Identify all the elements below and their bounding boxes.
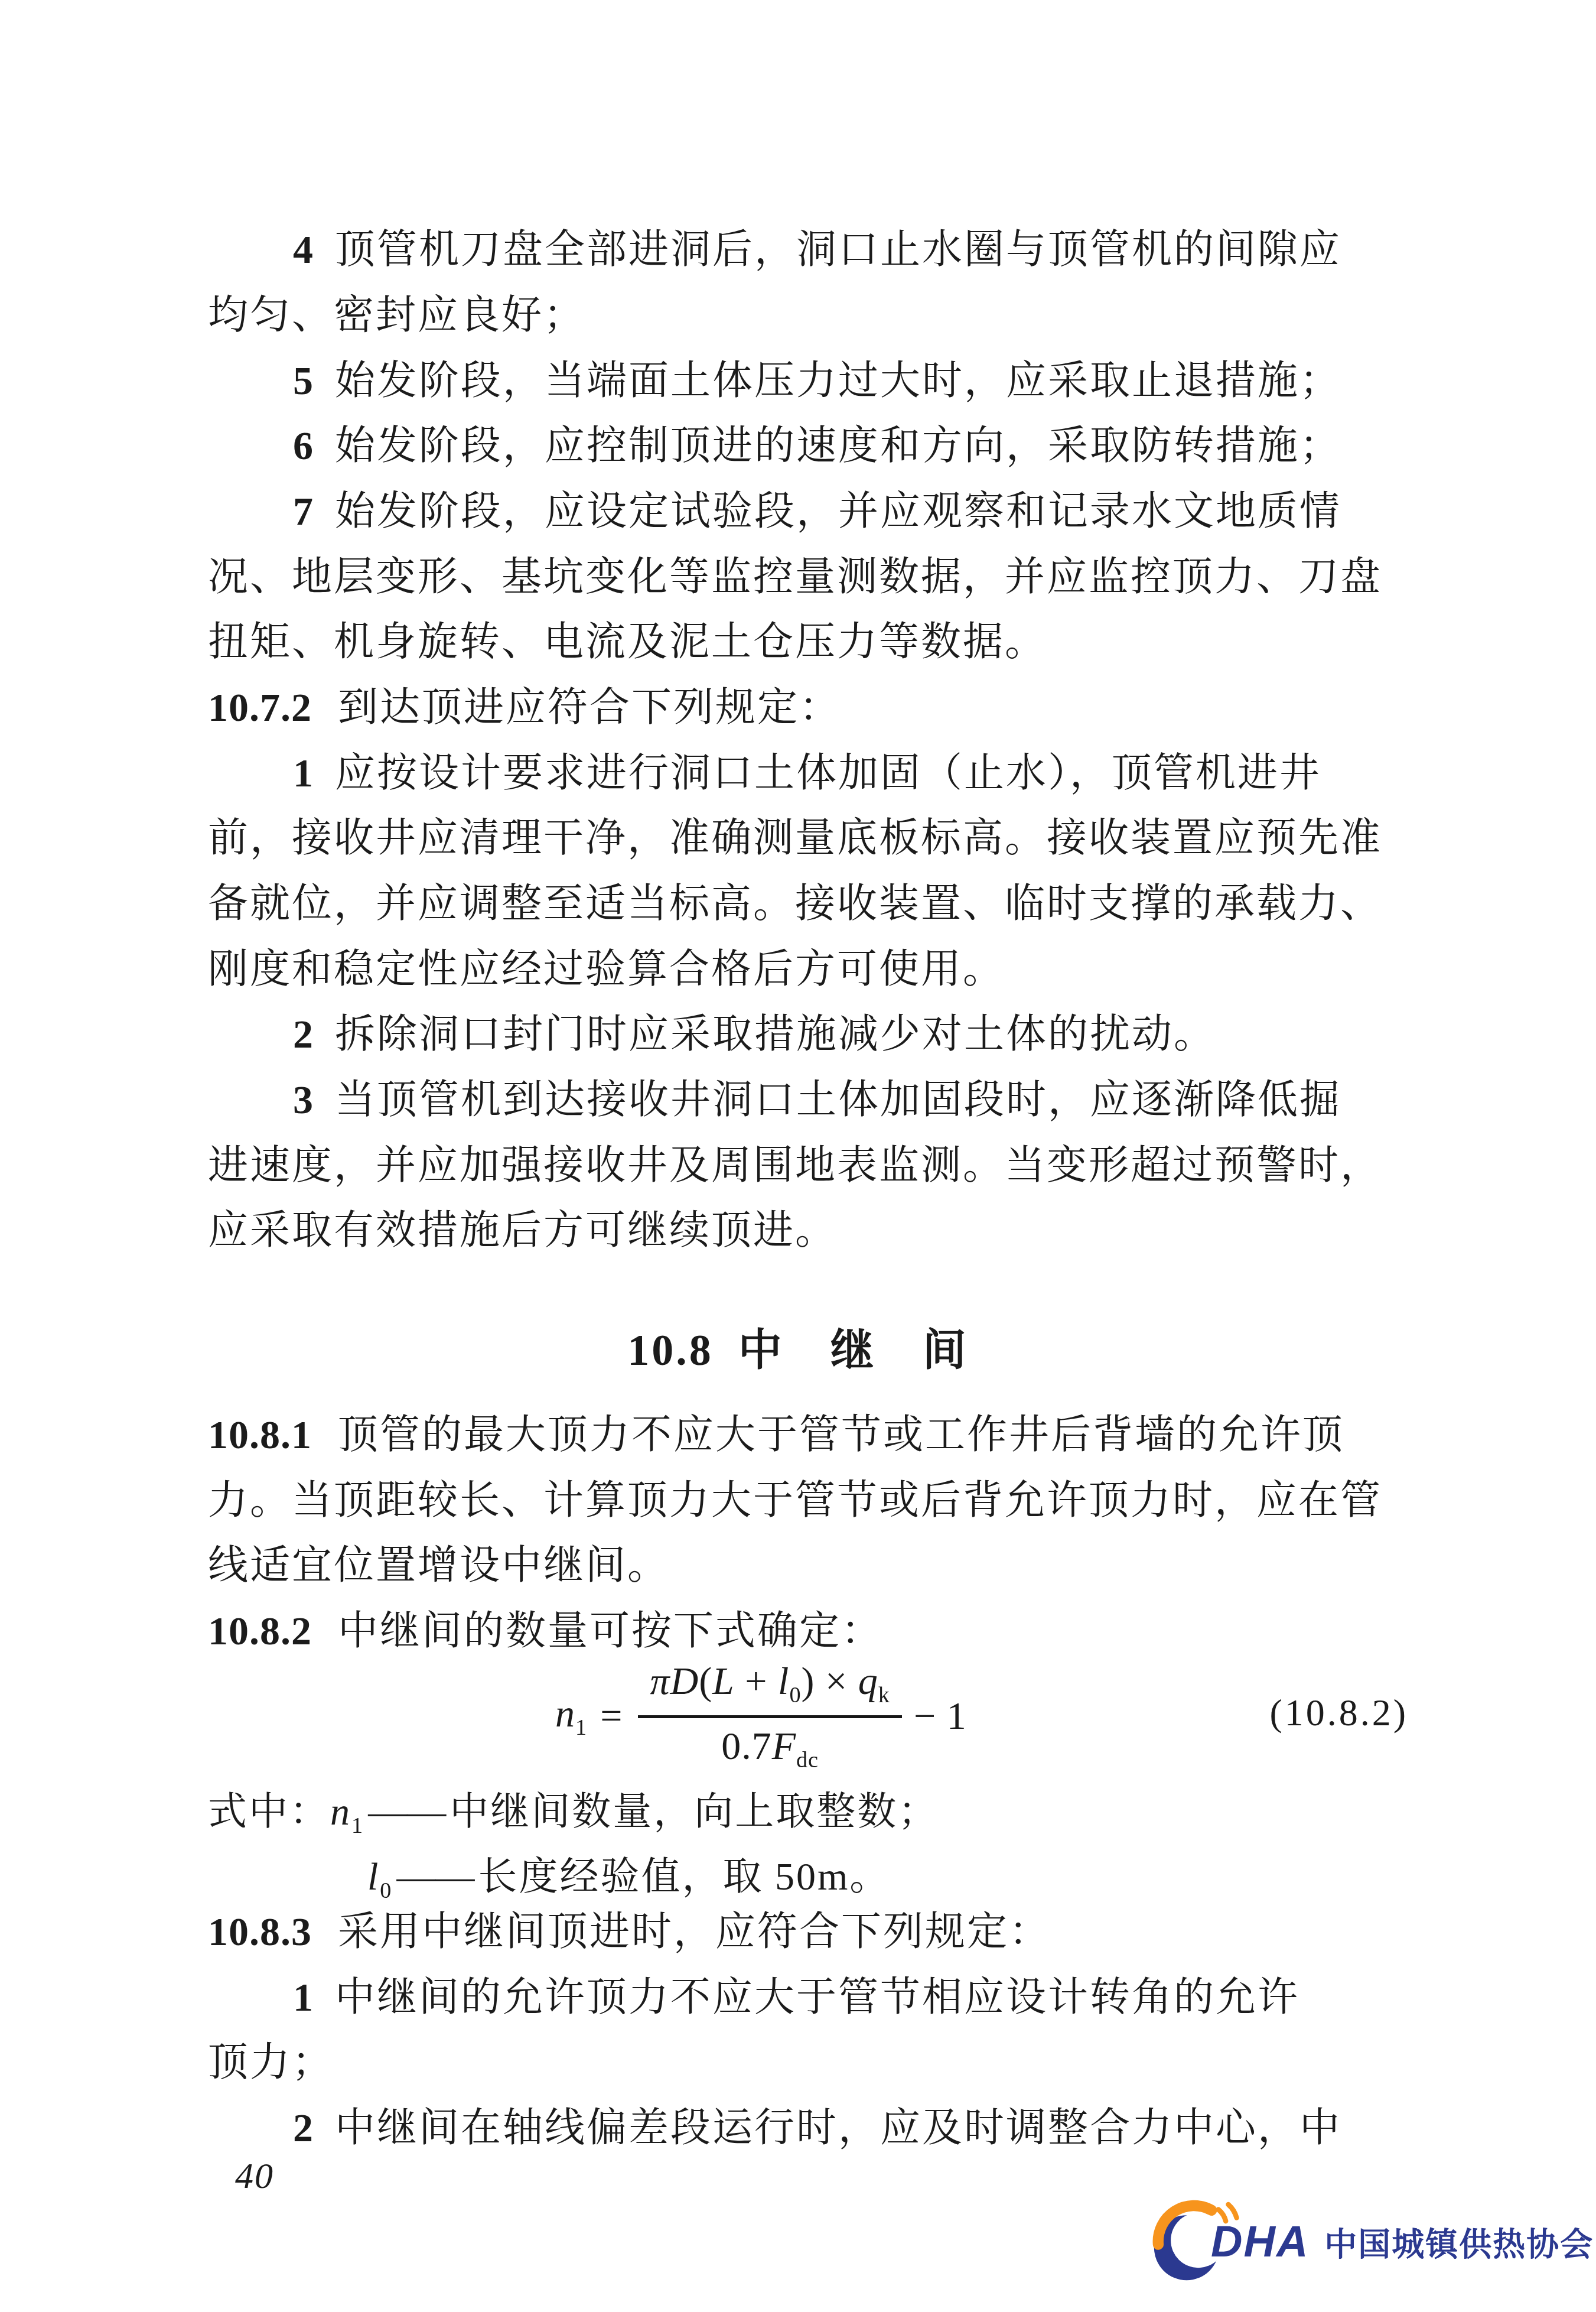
clause-number: 10.8.3 — [208, 1909, 312, 1954]
line-text: 始发阶段，应设定试验段，并应观察和记录水文地质情 — [335, 489, 1341, 534]
clause-number: 10.8.1 — [208, 1412, 312, 1457]
variable: L — [712, 1660, 735, 1703]
section-title: 中 继 间 — [738, 1326, 969, 1375]
clause-line: 10.8.1顶管的最大顶力不应大于管节或工作井后背墙的允许顶 — [208, 1413, 1407, 1456]
line-text: 中继间的数量可按下式确定： — [338, 1608, 883, 1653]
document-page: 4顶管机刀盘全部进洞后，洞口止水圈与顶管机的间隙应 均匀、密封应良好； 5始发阶… — [0, 0, 1596, 2312]
line-text: 顶管的最大顶力不应大于管节或工作井后背墙的允许顶 — [338, 1412, 1344, 1457]
text-line: 应采取有效措施后方可继续顶进。 — [208, 1209, 1407, 1252]
line-text: 线适宜位置增设中继间。 — [208, 1543, 669, 1588]
line-text: 中继间的允许顶力不应大于管节相应设计转角的允许 — [335, 1975, 1299, 2020]
line-text: 始发阶段，应控制顶进的速度和方向，采取防转措施； — [335, 423, 1341, 468]
text-line: 均匀、密封应良好； — [208, 294, 1407, 337]
item-number: 1 — [293, 750, 314, 795]
equation: n1=πD(L + l0) × qk0.7Fdc− 1 — [555, 1659, 967, 1773]
dash: —— — [368, 1790, 446, 1833]
variable: D — [670, 1660, 699, 1703]
fraction-denominator: 0.7Fdc — [638, 1718, 902, 1773]
clause-number: 10.8.2 — [208, 1608, 312, 1653]
coefficient: 0.7 — [721, 1725, 772, 1768]
text-line: 况、地层变形、基坑变化等监控量测数据，并应监控顶力、刀盘 — [208, 555, 1407, 599]
logo-abbreviation: DHA — [1211, 2216, 1309, 2267]
text-line: 进速度，并应加强接收井及周围地表监测。当变形超过预警时， — [208, 1144, 1407, 1187]
clause-line: 10.8.3采用中继间顶进时，应符合下列规定： — [208, 1910, 1407, 1953]
text-line: 1中继间的允许顶力不应大于管节相应设计转角的允许 — [208, 1976, 1492, 2019]
clause-line: 10.8.2中继间的数量可按下式确定： — [208, 1609, 1407, 1653]
item-number: 2 — [293, 1012, 314, 1056]
where-clause: 式中：n1——中继间数量，向上取整数； — [208, 1780, 939, 1839]
line-text: 中继间在轴线偏差段运行时，应及时调整合力中心，中 — [335, 2105, 1341, 2150]
line-text: 始发阶段，当端面土体压力过大时，应采取止退措施； — [335, 358, 1341, 403]
item-number: 7 — [293, 489, 314, 534]
variable: π — [650, 1660, 670, 1703]
item-number: 6 — [293, 423, 314, 468]
text-line: 5始发阶段，当端面土体压力过大时，应采取止退措施； — [208, 359, 1492, 402]
text-line: 7始发阶段，应设定试验段，并应观察和记录水文地质情 — [208, 490, 1492, 533]
paren: ) — [802, 1660, 815, 1703]
item-number: 3 — [293, 1077, 314, 1122]
line-text: 均匀、密封应良好； — [208, 292, 585, 337]
operator: + — [735, 1660, 778, 1703]
item-number: 4 — [293, 227, 314, 272]
subscript: 0 — [789, 1683, 801, 1708]
item-number: 1 — [293, 1975, 314, 2020]
line-text: 刚度和稳定性应经过验算合格后方可使用。 — [208, 947, 1005, 991]
text-line: 扭矩、机身旋转、电流及泥土仓压力等数据。 — [208, 620, 1407, 664]
subscript: 1 — [575, 1715, 587, 1740]
item-number: 2 — [293, 2105, 314, 2150]
subscript: k — [878, 1683, 890, 1708]
where-prefix: 式中： — [208, 1790, 330, 1833]
variable: n — [330, 1790, 351, 1833]
subscript: dc — [796, 1748, 819, 1773]
text-line: 顶力； — [208, 2041, 1407, 2084]
text-line: 刚度和稳定性应经过验算合格后方可使用。 — [208, 948, 1407, 991]
subscript: 0 — [380, 1878, 393, 1903]
text-line: 2中继间在轴线偏差段运行时，应及时调整合力中心，中 — [208, 2106, 1492, 2150]
where-clause: l0——长度经验值，取 50m。 — [367, 1845, 890, 1904]
equation-number: (10.8.2) — [1269, 1691, 1408, 1735]
dash: —— — [396, 1855, 474, 1898]
equation-tail: − 1 — [914, 1694, 967, 1739]
line-text: 况、地层变形、基坑变化等监控量测数据，并应监控顶力、刀盘 — [208, 554, 1382, 599]
logo-organization-name: 中国城镇供热协会 — [1324, 2218, 1594, 2265]
text-line: 6始发阶段，应控制顶进的速度和方向，采取防转措施； — [208, 424, 1492, 467]
fraction-numerator: πD(L + l0) × qk — [638, 1659, 902, 1718]
text-line: 前，接收井应清理干净，准确测量底板标高。接收装置应预先准 — [208, 817, 1407, 860]
text-line: 1应按设计要求进行洞口土体加固（止水），顶管机进井 — [208, 752, 1492, 795]
line-text: 进速度，并应加强接收井及周围地表监测。当变形超过预警时， — [208, 1143, 1382, 1188]
line-text: 拆除洞口封门时应采取措施减少对土体的扰动。 — [335, 1012, 1216, 1056]
clause-line: 10.7.2到达顶进应符合下列规定： — [208, 686, 1407, 729]
line-text: 顶力； — [208, 2040, 334, 2085]
item-number: 5 — [293, 358, 314, 403]
fraction: πD(L + l0) × qk0.7Fdc — [638, 1659, 902, 1773]
text-line: 备就位，并应调整至适当标高。接收装置、临时支撑的承载力、 — [208, 882, 1407, 925]
page-number: 40 — [235, 2155, 274, 2197]
subscript: 1 — [351, 1813, 364, 1838]
line-text: 采用中继间顶进时，应符合下列规定： — [338, 1909, 1051, 1954]
where-description: 长度经验值，取 50m。 — [478, 1855, 890, 1898]
line-text: 应采取有效措施后方可继续顶进。 — [208, 1208, 837, 1253]
line-text: 顶管机刀盘全部进洞后，洞口止水圈与顶管机的间隙应 — [335, 227, 1341, 272]
variable: q — [858, 1660, 878, 1703]
where-description: 中继间数量，向上取整数； — [450, 1790, 939, 1833]
text-line: 4顶管机刀盘全部进洞后，洞口止水圈与顶管机的间隙应 — [208, 228, 1492, 271]
variable: n — [555, 1692, 575, 1735]
paren: ( — [699, 1660, 712, 1703]
section-heading: 10.8中 继 间 — [0, 1315, 1596, 1378]
variable: F — [772, 1725, 796, 1768]
line-text: 前，接收井应清理干净，准确测量底板标高。接收装置应预先准 — [208, 815, 1382, 860]
line-text: 备就位，并应调整至适当标高。接收装置、临时支撑的承载力、 — [208, 881, 1382, 926]
section-number: 10.8 — [627, 1326, 714, 1375]
line-text: 当顶管机到达接收井洞口土体加固段时，应逐渐降低掘 — [335, 1077, 1341, 1122]
line-text: 到达顶进应符合下列规定： — [338, 685, 841, 730]
text-line: 线适宜位置增设中继间。 — [208, 1544, 1407, 1587]
text-line: 3当顶管机到达接收井洞口土体加固段时，应逐渐降低掘 — [208, 1078, 1492, 1121]
text-line: 力。当顶距较长、计算顶力大于管节或后背允许顶力时，应在管 — [208, 1479, 1407, 1522]
variable: l — [367, 1855, 380, 1898]
clause-number: 10.7.2 — [208, 685, 312, 730]
equals-sign: = — [600, 1694, 623, 1739]
line-text: 扭矩、机身旋转、电流及泥土仓压力等数据。 — [208, 619, 1047, 664]
line-text: 应按设计要求进行洞口土体加固（止水），顶管机进井 — [335, 750, 1321, 795]
variable: l — [778, 1660, 789, 1703]
cdha-logo: DHA 中国城镇供热协会 — [1148, 2179, 1574, 2303]
equation-lhs: n1 — [555, 1692, 587, 1741]
text-line: 2拆除洞口封门时应采取措施减少对土体的扰动。 — [208, 1013, 1492, 1056]
line-text: 力。当顶距较长、计算顶力大于管节或后背允许顶力时，应在管 — [208, 1478, 1382, 1523]
operator: × — [815, 1660, 858, 1703]
